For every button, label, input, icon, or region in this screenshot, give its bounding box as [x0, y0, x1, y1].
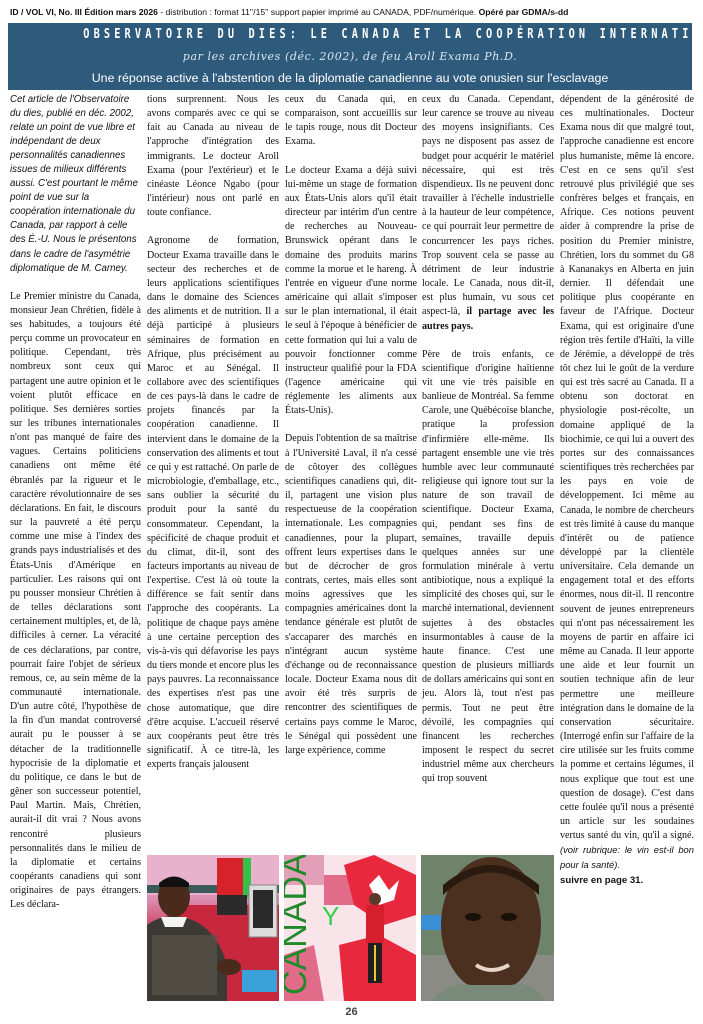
paragraph: Agronome de formation, Docteur Exama tra…: [147, 234, 279, 772]
paragraph: Depuis l'obtention de sa maîtrise à l'Un…: [285, 432, 417, 758]
operator-label: Opéré par GDMA/s-dd: [479, 7, 569, 17]
article-column-1: Cet article de l'Observatoire du dies, p…: [10, 93, 141, 912]
portrait-illustration-icon: [147, 855, 279, 1001]
edition-label: ID / VOL VI, No. III Édition mars 2026: [10, 7, 158, 17]
byline: par les archives (déc. 2002), de feu Aro…: [8, 50, 692, 63]
paragraph-text: ceux du Canada. Cependant, leur carence …: [422, 94, 554, 317]
page-title: OBSERVATOIRE DU DIES: LE CANADA ET LA CO…: [83, 27, 617, 42]
paragraph: Père de trois enfants, ce scientifique d…: [422, 348, 554, 787]
canada-flag-collage-icon: CANADA Y: [284, 855, 416, 1001]
continued-link[interactable]: suivre en page 31.: [560, 875, 643, 886]
paragraph-text: dépendent de la générosité de ces multin…: [560, 94, 694, 841]
paragraph: tions surprennent. Nous les avons compar…: [147, 93, 279, 220]
rubric-note: (voir rubrique: le vin est-il bon pour l…: [560, 844, 694, 870]
title-banner: OBSERVATOIRE DU DIES: LE CANADA ET LA CO…: [8, 23, 692, 90]
paragraph: Le docteur Exama a déjà suivi lui-même u…: [285, 164, 417, 419]
distribution-info: - distribution : format 11''/15'' suppor…: [158, 7, 479, 17]
article-intro: Cet article de l'Observatoire du dies, p…: [10, 93, 141, 276]
article-column-3: ceux du Canada qui, en comparaison, sont…: [285, 93, 417, 758]
paragraph: ceux du Canada. Cependant, leur carence …: [422, 93, 554, 334]
page-number: 26: [0, 1006, 703, 1018]
canada-overlay-letter: Y: [322, 901, 339, 931]
edition-line: ID / VOL VI, No. III Édition mars 2026 -…: [10, 4, 700, 20]
paragraph: Le Premier ministre du Canada, monsieur …: [10, 290, 141, 913]
photo-canada-collage: CANADA Y: [284, 855, 416, 1001]
article-column-5: dépendent de la générosité de ces multin…: [560, 93, 694, 888]
article-subtitle: Une réponse active à l'abstention de la …: [8, 71, 692, 85]
photo-exama-desk: [147, 855, 279, 1001]
photo-ngabo-portrait: [421, 855, 554, 1001]
paragraph: ceux du Canada qui, en comparaison, sont…: [285, 93, 417, 150]
article-column-4: ceux du Canada. Cependant, leur carence …: [422, 93, 554, 787]
article-column-2: tions surprennent. Nous les avons compar…: [147, 93, 279, 772]
canada-overlay-text: CANADA: [284, 855, 314, 995]
portrait-illustration-icon: [421, 855, 554, 1001]
paragraph: dépendent de la générosité de ces multin…: [560, 93, 694, 888]
